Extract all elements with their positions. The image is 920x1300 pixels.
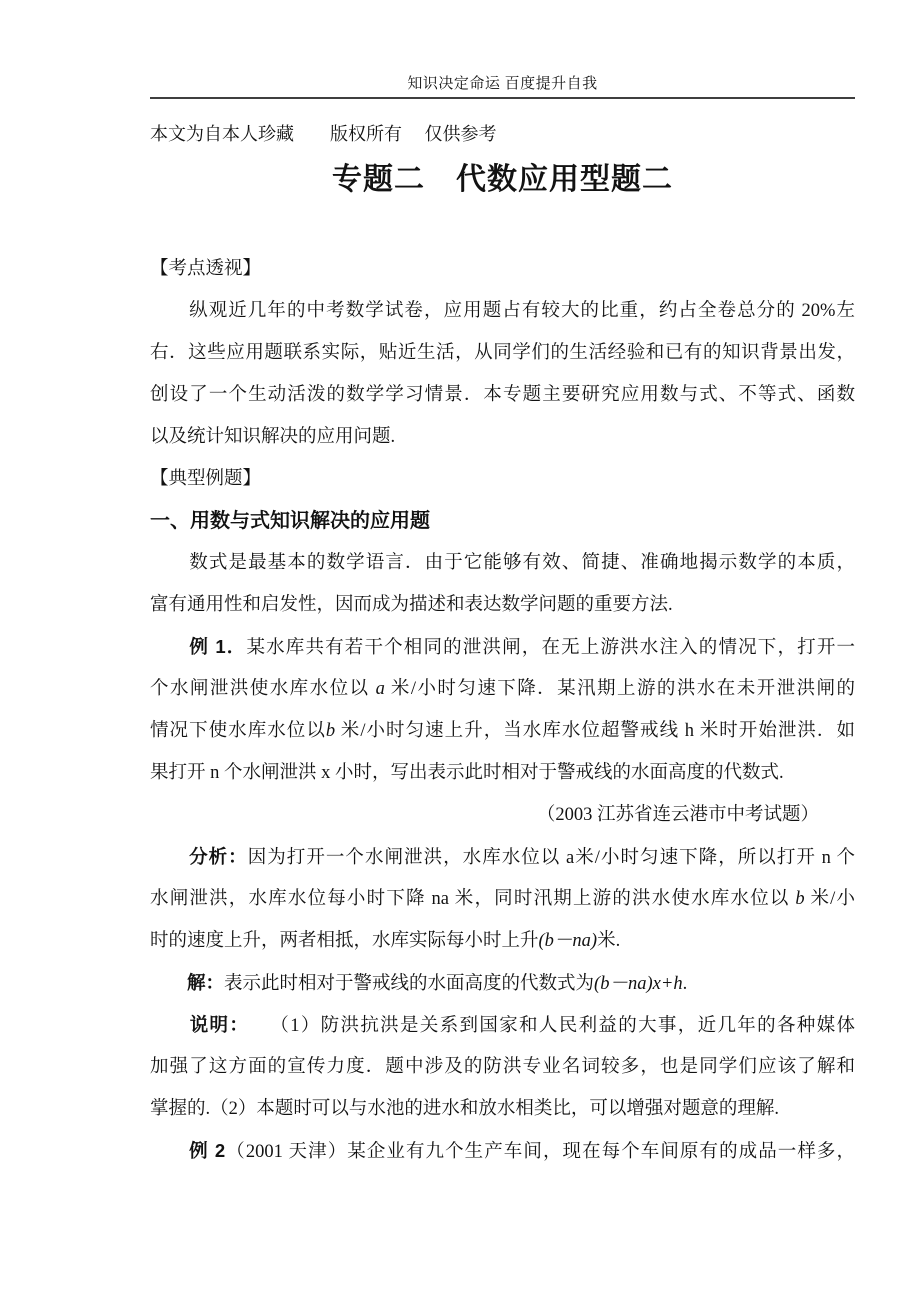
text-line: 纵观近几年的中考数学试卷，应用题占有较大的比重，约占全卷总分的 20%左 — [150, 290, 855, 332]
bold-label: 说明： — [190, 1014, 240, 1035]
text-run: （2001 天津）某企业有九个生产车间，现在每个车间原有的成品一样多， — [225, 1142, 855, 1162]
text-line: 情况下使水库水位以b 米/小时匀速上升，当水库水位超警戒线 h 米时开始泄洪．如 — [150, 710, 855, 752]
section-heading-typical-examples: 【典型例题】 — [150, 458, 855, 500]
text-line: 富有通用性和启发性，因而成为描述和表达数学问题的重要方法. — [150, 584, 855, 626]
math-variable: (b－na)x+h — [594, 974, 683, 994]
text-run: 米. — [597, 931, 620, 951]
note-line: 说明： （1）防洪抗洪是关系到国家和人民利益的大事，近几年的各种媒体 — [150, 1004, 855, 1046]
text-run: 因为打开一个水闸泄洪，水库水位以 a米/小时匀速下降，所以打开 n 个 — [248, 848, 855, 868]
text-run: （1）防洪抗洪是关系到国家和人民利益的大事，近几年的各种媒体 — [240, 1016, 855, 1036]
text-run — [150, 848, 189, 868]
text-line: 数式是最基本的数学语言．由于它能够有效、简捷、准确地揭示数学的本质， — [150, 542, 855, 584]
text-run — [150, 1142, 189, 1162]
text-run: 加强了这方面的宣传力度．题中涉及的防洪专业名词较多，也是同学们应该了解和 — [150, 1057, 855, 1077]
math-variable: a — [376, 679, 385, 699]
bold-label: 解： — [187, 972, 224, 993]
math-variable: b — [795, 889, 804, 909]
text-run: 富有通用性和启发性，因而成为描述和表达数学问题的重要方法. — [150, 595, 673, 615]
source-attribution: （2003 江苏省连云港市中考试题） — [150, 794, 855, 836]
text-run — [150, 638, 189, 658]
math-variable: (b－na) — [539, 931, 598, 951]
text-run: 表示此时相对于警戒线的水面高度的代数式为 — [224, 974, 594, 994]
text-run: 【考点透视】 — [150, 259, 261, 279]
text-run: 一、用数与式知识解决的应用题 — [150, 510, 430, 532]
text-line: 加强了这方面的宣传力度．题中涉及的防洪专业名词较多，也是同学们应该了解和 — [150, 1046, 855, 1088]
doc-title: 专题二 代数应用型题二 — [150, 154, 855, 198]
bold-label: 例 1． — [189, 636, 246, 657]
document-body: 【考点透视】 纵观近几年的中考数学试卷，应用题占有较大的比重，约占全卷总分的 2… — [150, 248, 855, 1172]
text-run: 米/小时匀速上升，当水库水位超警戒线 h 米时开始泄洪．如 — [335, 721, 855, 741]
text-line: 创设了一个生动活泼的数学学习情景．本专题主要研究应用数与式、不等式、函数 — [150, 374, 855, 416]
text-run: . — [683, 974, 688, 994]
text-run: 纵观近几年的中考数学试卷，应用题占有较大的比重，约占全卷总分的 20%左 — [150, 301, 855, 321]
page-header-text: 知识决定命运 百度提升自我 — [150, 72, 855, 93]
text-run — [150, 1016, 190, 1036]
text-line: 果打开 n 个水闸泄洪 x 小时，写出表示此时相对于警戒线的水面高度的代数式. — [150, 752, 855, 794]
text-run: 【典型例题】 — [150, 469, 261, 489]
text-run: 米/小时匀速下降．某汛期上游的洪水在未开泄洪闸的 — [385, 679, 855, 699]
example-1-line: 例 1．某水库共有若干个相同的泄洪闸，在无上游洪水注入的情况下，打开一 — [150, 626, 855, 668]
subsection-heading-number-expression: 一、用数与式知识解决的应用题 — [150, 500, 855, 542]
text-line: 掌握的.（2）本题时可以与水池的进水和放水相类比，可以增强对题意的理解. — [150, 1088, 855, 1130]
bold-label: 分析： — [189, 846, 248, 867]
text-run — [150, 974, 187, 994]
text-run: 情况下使水库水位以 — [150, 721, 326, 741]
text-line: 时的速度上升，两者相抵，水库实际每小时上升(b－na)米. — [150, 920, 855, 962]
text-line: 水闸泄洪，水库水位每小时下降 na 米，同时汛期上游的洪水使水库水位以 b 米/… — [150, 878, 855, 920]
text-run: 米/小 — [805, 889, 855, 909]
notice-line: 本文为自本人珍藏 版权所有 仅供参考 — [150, 120, 855, 146]
text-run: 某水库共有若干个相同的泄洪闸，在无上游洪水注入的情况下，打开一 — [246, 638, 855, 658]
text-run: 掌握的.（2）本题时可以与水池的进水和放水相类比，可以增强对题意的理解. — [150, 1099, 779, 1119]
example-2-line: 例 2（2001 天津）某企业有九个生产车间，现在每个车间原有的成品一样多， — [150, 1130, 855, 1172]
text-run: 数式是最基本的数学语言．由于它能够有效、简捷、准确地揭示数学的本质， — [150, 553, 855, 573]
text-line: 个水闸泄洪使水库水位以 a 米/小时匀速下降．某汛期上游的洪水在未开泄洪闸的 — [150, 668, 855, 710]
document-page: 知识决定命运 百度提升自我 本文为自本人珍藏 版权所有 仅供参考 专题二 代数应… — [0, 0, 920, 1300]
text-run: 时的速度上升，两者相抵，水库实际每小时上升 — [150, 931, 539, 951]
text-run: 果打开 n 个水闸泄洪 x 小时，写出表示此时相对于警戒线的水面高度的代数式. — [150, 763, 784, 783]
text-run: 个水闸泄洪使水库水位以 — [150, 679, 376, 699]
text-run: 水闸泄洪，水库水位每小时下降 na 米，同时汛期上游的洪水使水库水位以 — [150, 889, 795, 909]
text-run: 以及统计知识解决的应用问题. — [150, 427, 395, 447]
text-run: （2003 江苏省连云港市中考试题） — [537, 805, 819, 825]
solution-line: 解：表示此时相对于警戒线的水面高度的代数式为(b－na)x+h. — [150, 962, 855, 1004]
text-run: 创设了一个生动活泼的数学学习情景．本专题主要研究应用数与式、不等式、函数 — [150, 385, 855, 405]
math-variable: b — [326, 721, 335, 741]
analysis-line: 分析：因为打开一个水闸泄洪，水库水位以 a米/小时匀速下降，所以打开 n 个 — [150, 836, 855, 878]
text-line: 右．这些应用题联系实际，贴近生活，从同学们的生活经验和已有的知识背景出发， — [150, 332, 855, 374]
text-line: 以及统计知识解决的应用问题. — [150, 416, 855, 458]
header-rule — [150, 97, 855, 99]
section-heading-exam-points: 【考点透视】 — [150, 248, 855, 290]
text-run: 右．这些应用题联系实际，贴近生活，从同学们的生活经验和已有的知识背景出发， — [150, 343, 855, 363]
bold-label: 例 2 — [189, 1140, 225, 1161]
